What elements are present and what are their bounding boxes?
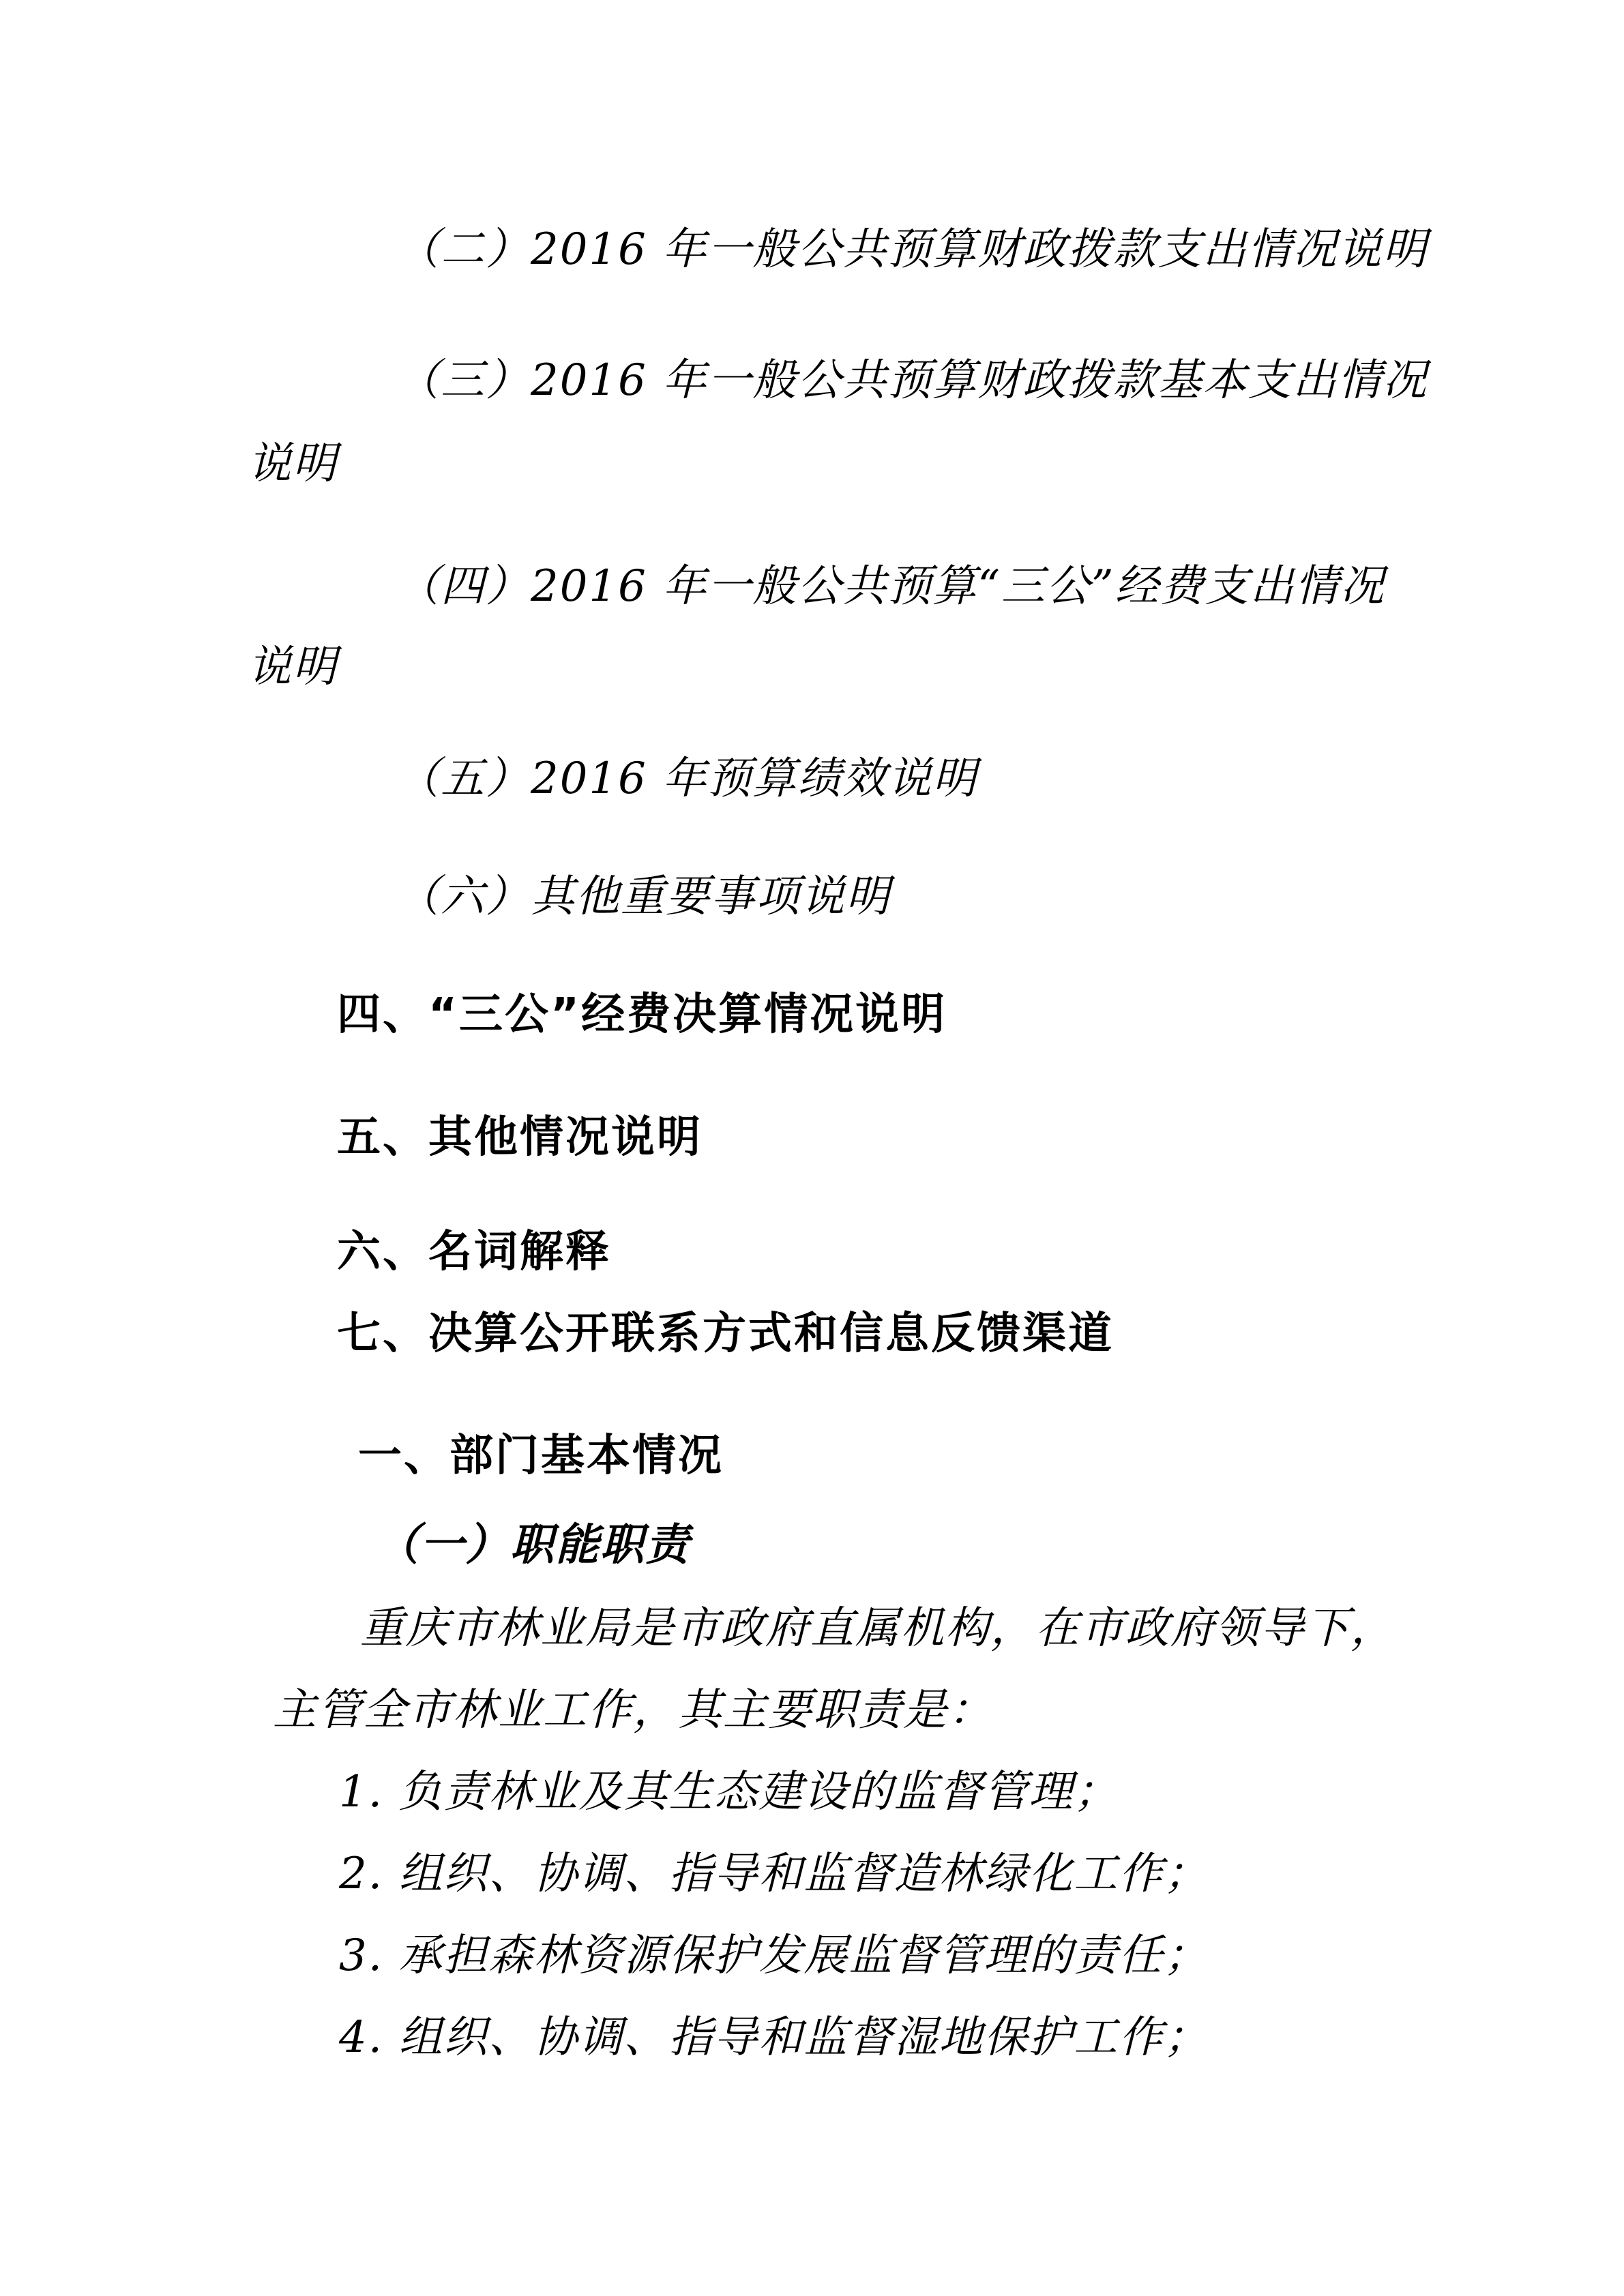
toc-sub-item-5-budget-performance: （五）2016 年预算绩效说明 <box>396 754 977 805</box>
document-page: （二）2016 年一般公共预算财政拨款支出情况说明 （三）2016 年一般公共预… <box>0 0 1624 2296</box>
section-heading-1-department-basic-info: 一、部门基本情况 <box>358 1431 724 1482</box>
body-paragraph-line2: 主管全市林业工作，其主要职责是： <box>273 1686 993 1736</box>
toc-sub-item-2-fiscal-expenditure: （二）2016 年一般公共预算财政拨款支出情况说明 <box>396 225 1428 275</box>
duty-item-4: 4. 组织、协调、指导和监督湿地保护工作； <box>339 2013 1209 2063</box>
body-paragraph-line1: 重庆市林业局是市政府直属机构，在市政府领导下， <box>360 1604 1396 1654</box>
toc-sub-item-4-three-public-line2: 说明 <box>248 642 338 693</box>
toc-sub-item-4-three-public-line1: （四）2016 年一般公共预算“三公”经费支出情况 <box>396 562 1385 612</box>
duty-item-3: 3. 承担森林资源保护发展监督管理的责任； <box>339 1931 1209 1982</box>
toc-item-4-three-public-final-accounts: 四、“三公”经费决算情况说明 <box>337 990 947 1041</box>
toc-sub-item-6-other-important-matters: （六）其他重要事项说明 <box>396 872 891 923</box>
toc-item-5-other-situation: 五、其他情况说明 <box>337 1113 703 1163</box>
toc-sub-item-3-basic-expenditure-line1: （三）2016 年一般公共预算财政拨款基本支出情况 <box>396 356 1428 406</box>
toc-item-6-glossary: 六、名词解释 <box>337 1227 611 1278</box>
toc-sub-item-3-basic-expenditure-line2: 说明 <box>248 439 338 490</box>
duty-item-1: 1. 负责林业及其生态建设的监督管理； <box>339 1768 1119 1818</box>
subsection-heading-1-duties: （一）职能职责 <box>375 1520 690 1570</box>
duty-item-2: 2. 组织、协调、指导和监督造林绿化工作； <box>339 1849 1209 1900</box>
toc-item-7-contact-and-feedback: 七、决算公开联系方式和信息反馈渠道 <box>337 1309 1114 1360</box>
